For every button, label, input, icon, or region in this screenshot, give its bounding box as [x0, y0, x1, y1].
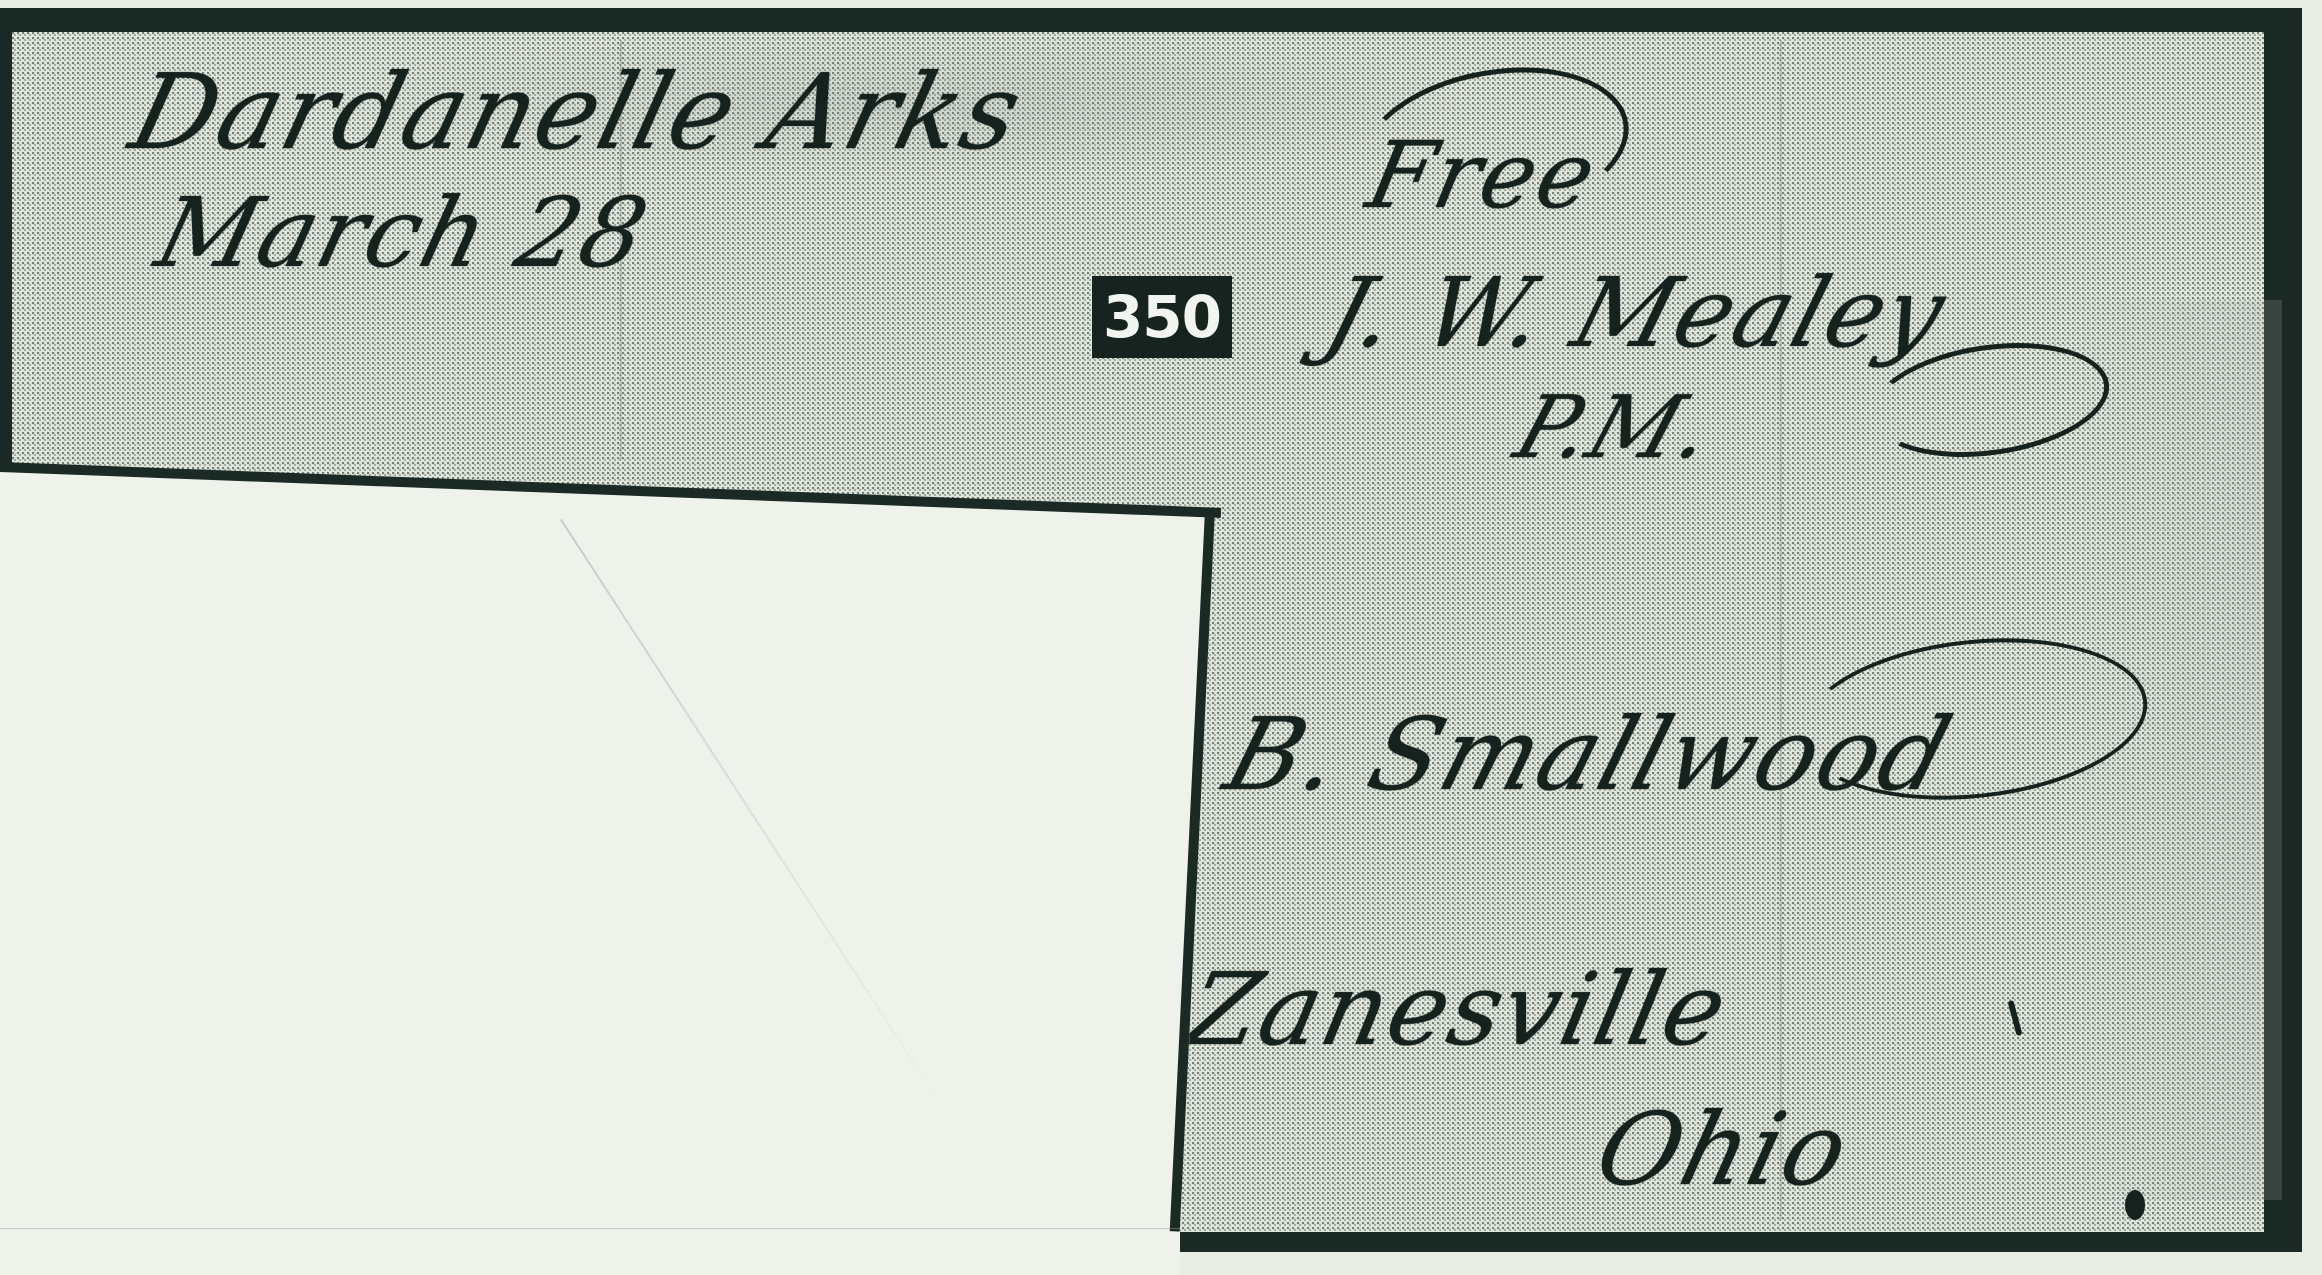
ink-blot: [2125, 1190, 2145, 1220]
addressee-handwriting: B. Smallwood: [1216, 705, 1963, 805]
free-frank-handwriting: Free: [1360, 130, 1604, 222]
address-city-handwriting: Zanesville: [1179, 960, 1736, 1060]
origin-date-handwriting: March 28: [148, 185, 658, 281]
lot-number-badge: 350: [1092, 276, 1232, 358]
address-state-handwriting: Ohio: [1588, 1100, 1860, 1200]
overlay-bottom-edge: [0, 1228, 1180, 1229]
blank-overlay-panel: [0, 468, 1220, 1275]
postal-cover-page: Dardanelle Arks March 28 350 Free J. W. …: [0, 0, 2322, 1275]
postmaster-signature: J. W. Mealey: [1316, 265, 1957, 361]
postmaster-title: P.M.: [1506, 385, 1725, 471]
origin-town-handwriting: Dardanelle Arks: [122, 60, 1032, 164]
